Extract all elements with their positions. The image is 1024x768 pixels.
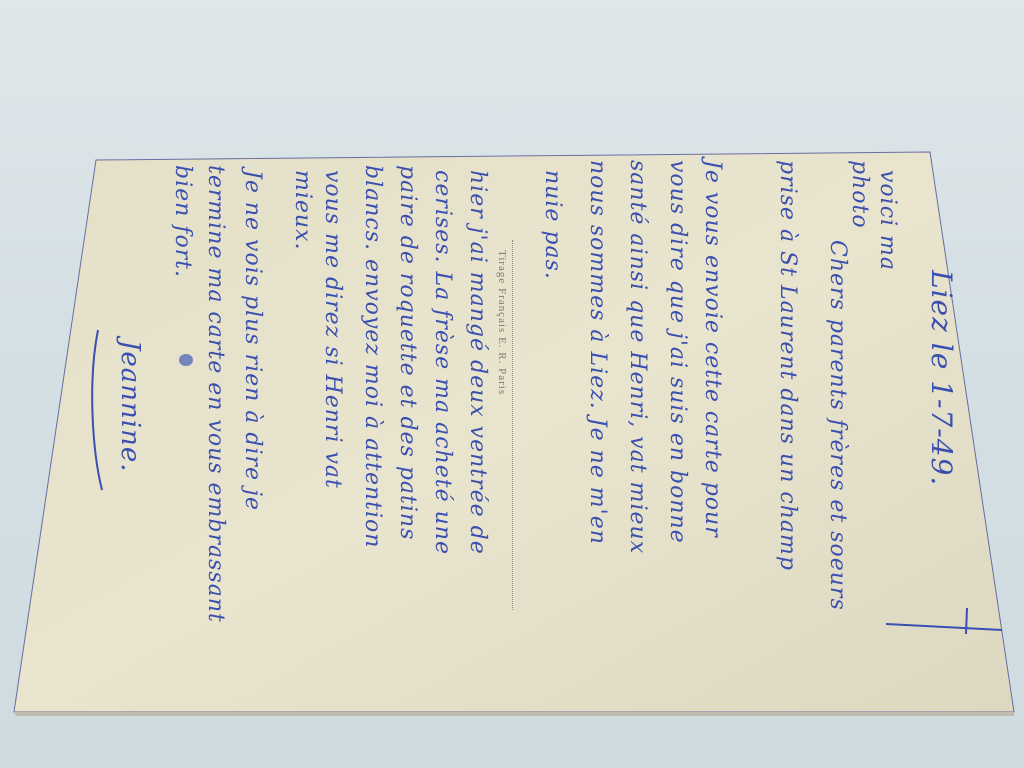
ink-blot [179, 354, 193, 366]
signature-flourish [92, 330, 102, 490]
address-line [886, 624, 1002, 630]
ink-marks [0, 0, 1024, 768]
postcard-photo: Tirage Français E. R. Paris Liez le 1-7-… [0, 0, 1024, 768]
